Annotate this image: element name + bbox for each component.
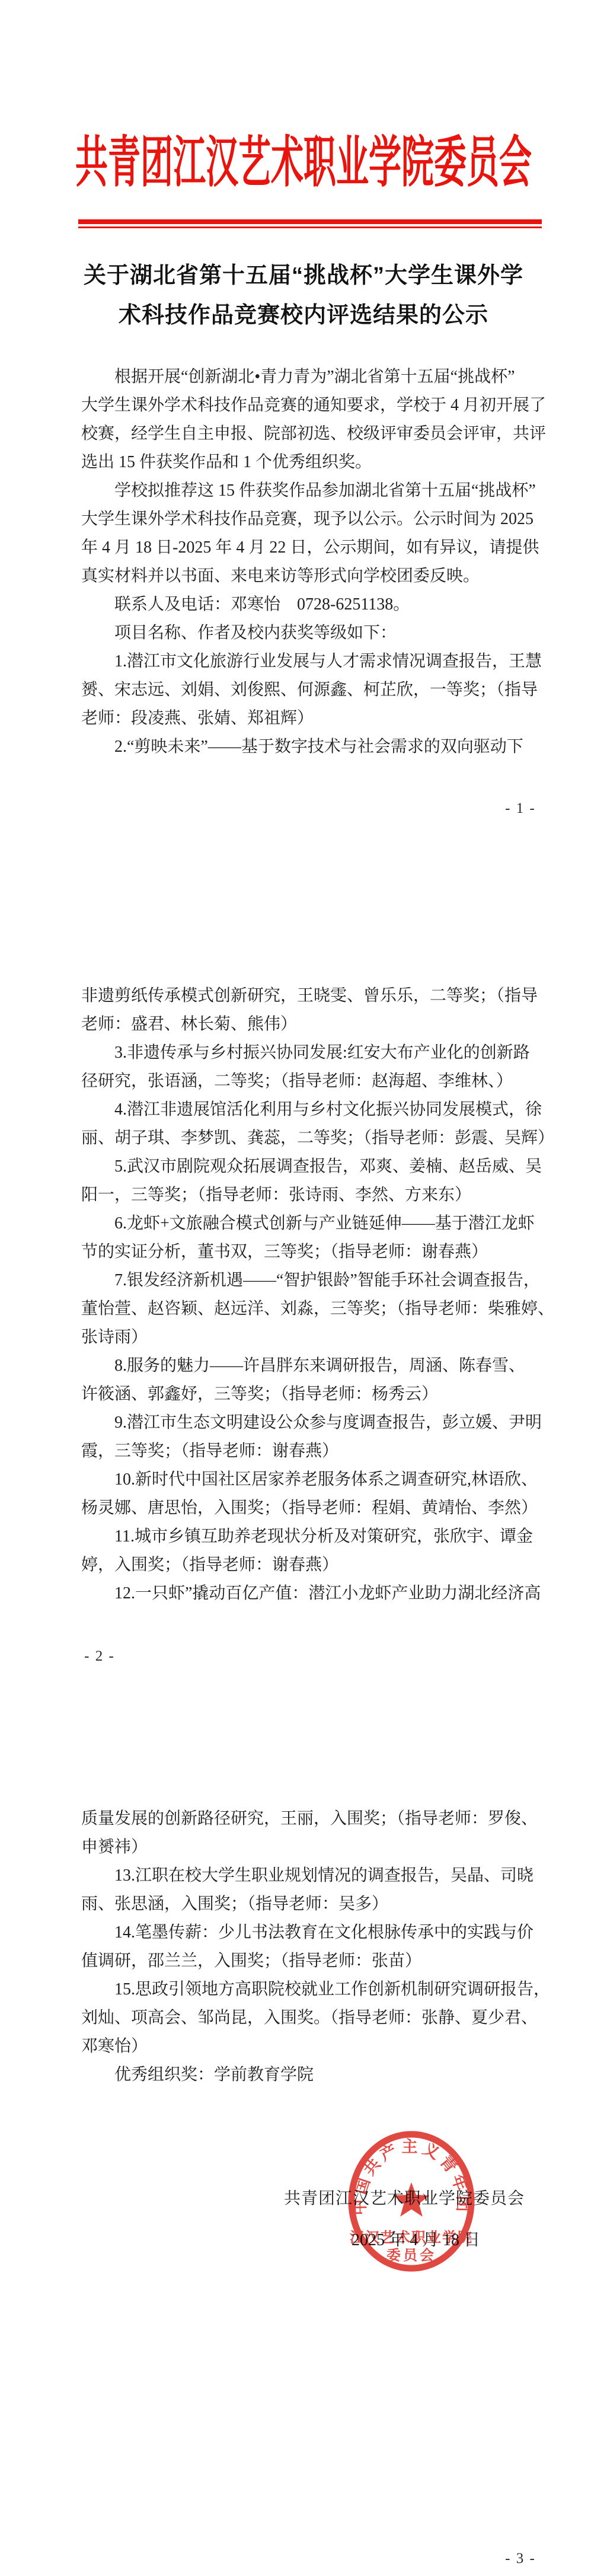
body-line: 联系人及电话：邓寒怡 0728-6251138。 <box>81 590 546 619</box>
seal-org-line2: 委员会 <box>386 2247 436 2264</box>
body-line: 大学生课外学术科技作品竞赛，现予以公示。公示时间为 2025 <box>81 505 546 534</box>
red-divider <box>78 219 542 228</box>
body-line: 10.新时代中国社区居家养老服务体系之调查研究,林语欣、 <box>81 1466 546 1494</box>
red-divider-thin-line <box>78 226 542 228</box>
body-line: 1.潜江市文化旅游行业发展与人才需求情况调查报告，王慧 <box>81 647 546 676</box>
body-line: 学校拟推荐这 15 件获奖作品参加湖北省第十五届“挑战杯” <box>81 477 546 505</box>
body-line: 许筱涵、郭鑫妤，三等奖；（指导老师：杨秀云） <box>81 1380 546 1409</box>
page-number-2: - 2 - <box>76 1648 123 1665</box>
body-line: 值调研，邵兰兰，入围奖；（指导老师：张苗） <box>81 1947 546 1975</box>
body-line: 质量发展的创新路径研究，王丽，入围奖；（指导老师：罗俊、 <box>81 1805 546 1833</box>
body-line: 非遗剪纸传承模式创新研究，王晓雯、曾乐乐，二等奖；（指导 <box>81 982 546 1010</box>
body-line: 婷，入围奖；（指导老师：谢春燕） <box>81 1551 546 1579</box>
letterhead-org-title: 共青团江汉艺术职业学院委员会 <box>75 135 532 191</box>
body-line: 杨灵娜、唐思怡，入围奖；（指导老师：程娟、黄靖怡、李然） <box>81 1494 546 1522</box>
official-seal: 中国共产主义青年团 江汉艺术职业学院 委员会 <box>345 2126 478 2275</box>
body-line: 赟、宋志远、刘娟、刘俊熙、何源鑫、柯芷欣，一等奖；（指导 <box>81 676 546 704</box>
seal-star-icon <box>394 2182 430 2217</box>
body-line: 霞，三等奖；（指导老师：谢春燕） <box>81 1437 546 1466</box>
body-line: 老师：盛君、林长菊、熊伟） <box>81 1010 546 1039</box>
body-line: 14.笔墨传薪：少儿书法教育在文化根脉传承中的实践与价 <box>81 1919 546 1947</box>
body-line: 11.城市乡镇互助养老现状分析及对策研究，张欣宇、谭金 <box>81 1522 546 1551</box>
page1-body-text: 根据开展“创新湖北•青力青为”湖北省第十五届“挑战杯”大学生课外学术科技作品竞赛… <box>81 363 546 761</box>
body-line: 阳一，三等奖；（指导老师：张诗雨、李然、方来东） <box>81 1181 546 1209</box>
page3-body-text: 质量发展的创新路径研究，王丽，入围奖；（指导老师：罗俊、申赟祎）13.江职在校大… <box>81 1805 546 2089</box>
letterhead: 共青团江汉艺术职业学院委员会 <box>0 135 607 168</box>
page-number-3: - 3 - <box>497 2551 544 2567</box>
body-line: 真实材料并以书面、来电来访等形式向学校团委反映。 <box>81 562 546 590</box>
red-divider-thick-line <box>78 219 542 224</box>
body-line: 2.“剪映未来”——基于数字技术与社会需求的双向驱动下 <box>81 733 546 761</box>
document-scan: 共青团江汉艺术职业学院委员会 关于湖北省第十五届“挑战杯”大学生课外学 术科技作… <box>0 0 607 2576</box>
body-line: 9.潜江市生态文明建设公众参与度调查报告，彭立媛、尹明 <box>81 1409 546 1437</box>
page-number-1: - 1 - <box>497 800 544 817</box>
body-line: 根据开展“创新湖北•青力青为”湖北省第十五届“挑战杯” <box>81 363 546 391</box>
body-line: 董怡萱、赵咨颖、赵远洋、刘淼，三等奖；（指导老师：柴雅婷、 <box>81 1295 546 1323</box>
body-line: 丽、胡子琪、李梦凯、龚蕊，二等奖；（指导老师：彭震、吴辉） <box>81 1124 546 1153</box>
body-line: 项目名称、作者及校内获奖等级如下： <box>81 619 546 647</box>
body-line: 年 4 月 18 日-2025 年 4 月 22 日，公示期间，如有异议，请提供 <box>81 534 546 562</box>
body-line: 节的实证分析，董书双，三等奖；（指导老师：谢春燕） <box>81 1238 546 1266</box>
body-line: 刘灿、项高会、邹尚昆，入围奖。（指导老师：张静、夏少君、 <box>81 2004 546 2032</box>
body-line: 选出 15 件获奖作品和 1 个优秀组织奖。 <box>81 448 546 477</box>
body-line: 6.龙虾+文旅融合模式创新与产业链延伸——基于潜江龙虾 <box>81 1209 546 1238</box>
body-line: 张诗雨） <box>81 1323 546 1352</box>
body-line: 校赛，经学生自主申报、院部初选、校级评审委员会评审，共评 <box>81 420 546 448</box>
document-title: 关于湖北省第十五届“挑战杯”大学生课外学 术科技作品竞赛校内评选结果的公示 <box>0 256 607 336</box>
body-line: 邓寒怡） <box>81 2032 546 2061</box>
body-line: 5.武汉市剧院观众拓展调查报告，邓爽、姜楠、赵岳威、吴 <box>81 1153 546 1181</box>
body-line: 老师：段凌燕、张婧、郑祖辉） <box>81 704 546 733</box>
body-line: 15.思政引领地方高职院校就业工作创新机制研究调研报告， <box>81 1975 546 2004</box>
body-line: 13.江职在校大学生职业规划情况的调查报告，吴晶、司晓 <box>81 1862 546 1890</box>
body-line: 径研究，张语涵，二等奖；（指导老师：赵海超、李维林、） <box>81 1067 546 1096</box>
body-line: 3.非遗传承与乡村振兴协同发展:红安大布产业化的创新路 <box>81 1039 546 1067</box>
page2-body-text: 非遗剪纸传承模式创新研究，王晓雯、曾乐乐，二等奖；（指导老师：盛君、林长菊、熊伟… <box>81 982 546 1608</box>
body-line: 大学生课外学术科技作品竞赛的通知要求，学校于 4 月初开展了 <box>81 391 546 420</box>
body-line: 8.服务的魅力——许昌胖东来调研报告，周涵、陈春雪、 <box>81 1352 546 1380</box>
body-line: 4.潜江非遗展馆活化利用与乡村文化振兴协同发展模式，徐 <box>81 1096 546 1124</box>
body-line: 雨、张思涵，入围奖；（指导老师：吴多） <box>81 1890 546 1919</box>
body-line: 7.银发经济新机遇——“智护银龄”智能手环社会调查报告， <box>81 1266 546 1295</box>
body-line: 申赟祎） <box>81 1833 546 1862</box>
document-title-line1: 关于湖北省第十五届“挑战杯”大学生课外学 <box>0 256 607 296</box>
body-line: 优秀组织奖：学前教育学院 <box>81 2061 546 2089</box>
body-line: 12.一只虾”撬动百亿产值：潜江小龙虾产业助力湖北经济高 <box>81 1579 546 1608</box>
document-title-line2: 术科技作品竞赛校内评选结果的公示 <box>0 296 607 336</box>
seal-org-line1: 江汉艺术职业学院 <box>350 2230 473 2246</box>
